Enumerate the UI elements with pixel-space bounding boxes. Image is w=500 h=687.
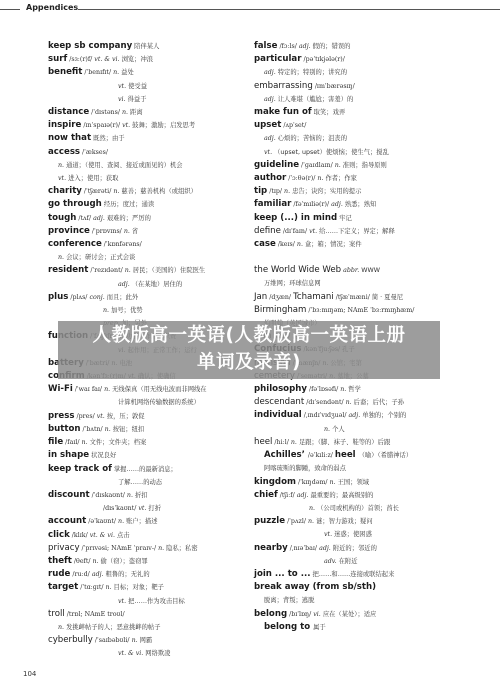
part-of-speech: vt. xyxy=(122,122,132,129)
headword: chief xyxy=(254,490,278,500)
definition: 阿喀琉斯的脚踵，致命的弱点 xyxy=(264,465,346,472)
phonetic: /ˈkɪŋdəm/ xyxy=(296,479,330,486)
definition: 熟悉；熟知 xyxy=(345,201,376,208)
definition: 居民；（美国的）住院医生 xyxy=(133,267,205,274)
vocab-entry: access /ˈækses/ n. 通道；（使用、查阅、接近或面见的）机会vt… xyxy=(48,146,248,186)
definition: 状况良好 xyxy=(89,452,116,459)
entry-headline: Birmingham /ˈbɜːmɪŋəm; NAmE ˈbɜːrmɪŋhæm/ xyxy=(254,304,474,317)
entry-sense: vt. （upset, upset）使烦恼；使生气；搅乱 xyxy=(254,146,474,159)
phonetic: /ˈkɒnfərəns/ xyxy=(102,241,142,248)
entry-sense: adj. 心烦的；苦恼的；沮丧的 xyxy=(254,132,474,145)
definition: 个人 xyxy=(332,426,345,433)
vocab-entry: puzzle /ˈpʌzl/ n. 谜；智力游戏；疑问vt. 迷惑；使困惑 xyxy=(254,515,474,541)
entry-headline: access /ˈækses/ xyxy=(48,146,248,159)
definition: 网络欺凌 xyxy=(145,650,170,657)
definition: 准则；指导原则 xyxy=(343,162,387,169)
part-of-speech: vi. xyxy=(313,611,323,618)
vocab-entry: surf /sɜː(r)f/ vt. & vi. 浏览；冲浪 xyxy=(48,53,248,66)
phonetic: /ˈrezɪdənt/ xyxy=(88,267,124,274)
definition: 进入；使用；获取 xyxy=(68,175,118,182)
entry-headline: familiar /fəˈmɪliə(r)/ adj. 熟悉；熟知 xyxy=(254,198,474,211)
part-of-speech: n. xyxy=(104,386,112,393)
vocab-entry: heel /hiːl/ n. 足跟；（脚、袜子、鞋等的）后跟Achilles’ … xyxy=(254,436,474,476)
definition: 给……下定义；界定；解释 xyxy=(319,228,395,235)
phonetic: /ʌpˈset/ xyxy=(281,122,306,129)
entry-headline: in shape 状况良好 xyxy=(48,449,248,462)
entry-headline: embarrassing /ɪmˈbærəsɪŋ/ xyxy=(254,80,474,93)
entry-headline: keep track of 掌握……的最新消息； xyxy=(48,463,248,476)
definition: 应在（某处）；适应 xyxy=(323,611,377,618)
headword: plus xyxy=(48,292,68,302)
page-number: 104 xyxy=(23,670,36,678)
vocab-entry: embarrassing /ɪmˈbærəsɪŋ/ adj. 让人难堪（尴尬；害… xyxy=(254,80,474,106)
entry-headline: go through 经历；度过；通读 xyxy=(48,198,248,211)
phonetic: /əˈkɪliːz/ xyxy=(308,452,335,459)
definition: 谜；智力游戏；疑问 xyxy=(316,518,373,525)
entry-sense: adj. 特定的；特别的；讲究的 xyxy=(254,66,474,79)
headword: rude xyxy=(48,569,70,579)
part-of-speech: n. xyxy=(113,69,121,76)
phonetic: /ˈsaɪbəbʊli/ xyxy=(93,637,132,644)
entry-headline: privacy /ˈprɪvəsi; NAmE ˈpraɪv-/ n. 隐私；私… xyxy=(48,542,248,555)
headword: the World Wide Web xyxy=(254,265,341,275)
definition: 得益于 xyxy=(128,96,147,103)
vocab-entry: join ... to ... 把……和……连接或联结起来 xyxy=(254,568,474,581)
entry-sense: vi. 得益于 xyxy=(48,93,248,106)
vocab-entry: tough /tʌf/ adj. 艰难的；严厉的 xyxy=(48,212,248,225)
part-of-speech: n. xyxy=(324,426,332,433)
entry-headline: press /pres/ vt. 按，压；敦促 xyxy=(48,410,248,423)
entry-headline: target /ˈtɑːɡɪt/ n. 目标；对象；靶子 xyxy=(48,581,248,594)
part-of-speech: n. xyxy=(309,505,317,512)
entry-headline: upset /ʌpˈset/ xyxy=(254,119,474,132)
definition: 距离 xyxy=(130,109,143,116)
part-of-speech: n. xyxy=(335,162,343,169)
definition: 忠告；诀窍；实用的提示 xyxy=(292,188,361,195)
definition: 加号；优势 xyxy=(111,307,142,314)
phonetic: /ˈbenɪfɪt/ xyxy=(82,69,113,76)
vocab-entry: distance /ˈdɪstəns/ n. 距离 xyxy=(48,106,248,119)
part-of-speech: n. xyxy=(93,558,101,565)
part-of-speech: conj. xyxy=(89,294,106,301)
entry-headline: philosophy /fəˈlɒsəfi/ n. 哲学 xyxy=(254,383,474,396)
headword: distance xyxy=(48,107,89,117)
headword: guideline xyxy=(254,160,299,170)
entry-headline: Jan /dʒæn/ Tchamani /tʃæˈmæni/ 简 · 夏曼尼 xyxy=(254,291,474,304)
phonetic: /θeft/ xyxy=(72,558,93,565)
phonetic: /tɪp/ xyxy=(267,188,284,195)
vocab-entry: chief /tʃiːf/ adj. 最重要的；最高级别的n. （公司或机构的）… xyxy=(254,489,474,515)
vocab-entry: familiar /fəˈmɪliə(r)/ adj. 熟悉；熟知 xyxy=(254,198,474,211)
entry-headline: tip /tɪp/ n. 忠告；诀窍；实用的提示 xyxy=(254,185,474,198)
part-of-speech: n. xyxy=(127,492,135,499)
headword: access xyxy=(48,147,80,157)
entry-headline: particular /pəˈtɪkjələ(r)/ xyxy=(254,53,474,66)
entry-headline: keep sb company 陪伴某人 xyxy=(48,40,248,53)
headword: keep (...) in mind xyxy=(254,213,337,223)
entry-headline: inspire /ɪnˈspaɪə(r)/ vt. 鼓舞；激励；启发思考 xyxy=(48,119,248,132)
part-of-speech: n. xyxy=(291,439,299,446)
part-of-speech: adj. xyxy=(331,201,345,208)
headword: embarrassing xyxy=(254,81,313,91)
entry-sense: n. 通道；（使用、查阅、接近或面见的）机会 xyxy=(48,159,248,172)
part-of-speech: vt. xyxy=(138,505,148,512)
definition: 假的；错误的 xyxy=(313,43,351,50)
headword: target xyxy=(48,582,78,592)
entry-sense: 脱离；背叛；逃脱 xyxy=(254,594,474,607)
phonetic: /bɪˈlɒŋ/ xyxy=(287,611,313,618)
entry-headline: case /keɪs/ n. 盒；箱；情况；案件 xyxy=(254,238,474,251)
overlay-title: 人教版高一英语(人教版高一英语上册 单词及录音) xyxy=(58,322,440,376)
headword: privacy xyxy=(48,543,80,553)
entry-sense: vt. & vi. 网络欺凌 xyxy=(48,647,248,660)
part-of-speech: vt. xyxy=(264,149,274,156)
phonetic: /keɪs/ xyxy=(276,241,297,248)
part-of-speech: n. xyxy=(308,518,316,525)
vocab-entry: in shape 状况良好 xyxy=(48,449,248,462)
entry-sense: vt. 把……作为攻击目标 xyxy=(48,595,248,608)
page-header: Appendices xyxy=(0,0,500,20)
section-title: Appendices xyxy=(26,3,78,12)
entry-sense: n. 会议；研讨会；正式会谈 xyxy=(48,251,248,264)
part-of-speech: adj. xyxy=(264,135,278,142)
phonetic: /ˈtʃærəti/ xyxy=(82,188,113,195)
entry-headline: discount /ˈdɪskaʊnt/ n. 折扣 xyxy=(48,489,248,502)
headword: charity xyxy=(48,186,82,196)
headword: author xyxy=(254,173,286,183)
entry-sense: n. （公司或机构的）首领；酋长 xyxy=(254,502,474,515)
phonetic: /ˈprɒvɪns/ xyxy=(90,228,124,235)
headword: philosophy xyxy=(254,384,307,394)
definition: 点击 xyxy=(117,532,130,539)
vocab-entry: rude /ruːd/ adj. 粗鲁的；无礼的 xyxy=(48,568,248,581)
headword: button xyxy=(48,424,81,434)
part-of-speech: vt. xyxy=(118,83,128,90)
vocab-entry: discount /ˈdɪskaʊnt/ n. 折扣/dɪsˈkaʊnt/ vt… xyxy=(48,489,248,515)
vocab-entry: break away (from sb/sth)脱离；背叛；逃脱 xyxy=(254,581,474,607)
part-of-speech: adj. xyxy=(118,281,132,288)
headword: join ... to ... xyxy=(254,569,311,579)
definition: （upset, upset）使烦恼；使生气；搅乱 xyxy=(274,149,389,156)
definition: 哲学 xyxy=(348,386,361,393)
part-of-speech: n. xyxy=(122,109,130,116)
phonetic: /trɒl; NAmE troʊl/ xyxy=(65,611,125,618)
headword: Wi-Fi xyxy=(48,384,73,394)
vocab-entry: false /fɔːls/ adj. 假的；错误的 xyxy=(254,40,474,53)
entry-sense: 阿喀琉斯的脚踵，致命的弱点 xyxy=(254,462,474,475)
part-of-speech: n. xyxy=(132,637,140,644)
definition: 经历；度过；通读 xyxy=(102,201,154,208)
headword: make fun of xyxy=(254,107,312,117)
vocab-entry: particular /pəˈtɪkjələ(r)/ adj. 特定的；特别的；… xyxy=(254,53,474,79)
vocab-entry: keep (...) in mind 牢记 xyxy=(254,212,474,225)
part-of-speech: vi. xyxy=(118,96,128,103)
headword: press xyxy=(48,411,74,421)
definition: （公司或机构的）首领；酋长 xyxy=(317,505,399,512)
definition: 了解……的动态 xyxy=(118,479,162,486)
headword: file xyxy=(48,437,63,447)
headword: inspire xyxy=(48,120,81,130)
definition: 足跟；（脚、袜子、鞋等的）后跟 xyxy=(299,439,390,446)
vocab-entry: guideline /ˈɡaɪdlaɪn/ n. 准则；指导原则 xyxy=(254,159,474,172)
entry-sense: vt. 进入；使用；获取 xyxy=(48,172,248,185)
entry-sense: n. 个人 xyxy=(254,423,474,436)
phonetic: /ˈpʌzl/ xyxy=(285,518,308,525)
definition: 让人难堪（尴尬；害羞）的 xyxy=(278,96,354,103)
vocab-entry: cyberbully /ˈsaɪbəbʊli/ n. 网霸vt. & vi. 网… xyxy=(48,634,248,660)
entry-sense: adj. 让人难堪（尴尬；害羞）的 xyxy=(254,93,474,106)
vocab-entry: define /dɪˈfaɪn/ vt. 给……下定义；界定；解释 xyxy=(254,225,474,238)
vocab-entry: conference /ˈkɒnfərəns/ n. 会议；研讨会；正式会谈 xyxy=(48,238,248,264)
vocab-entry: the World Wide Web abbr. WWW万维网；环球信息网 xyxy=(254,264,474,290)
vocab-entry: upset /ʌpˈset/ adj. 心烦的；苦恼的；沮丧的vt. （upse… xyxy=(254,119,474,159)
part-of-speech: n. xyxy=(330,479,338,486)
phonetic: /ˈbʌtn/ xyxy=(81,426,105,433)
definition: 浏览；冲浪 xyxy=(122,56,153,63)
phonetic: /dɪˈsendənt/ xyxy=(304,399,345,406)
spacer xyxy=(254,251,474,264)
phonetic: /ˈprɪvəsi; NAmE ˈpraɪv-/ xyxy=(80,545,159,552)
entry-headline: Wi-Fi /ˈwaɪ faɪ/ n. 无线保真（用无线电波而非网线在 xyxy=(48,383,248,396)
phonetic: /ˈdɪskaʊnt/ xyxy=(90,492,127,499)
headword: familiar xyxy=(254,199,291,209)
phonetic: /dʒæn/ xyxy=(267,294,293,301)
phonetic: /ˌnɪəˈbaɪ/ xyxy=(288,545,319,552)
headword: heel xyxy=(254,437,272,447)
entry-headline: charity /ˈtʃærəti/ n. 慈善；慈善机构（或组织） xyxy=(48,185,248,198)
phonetic: /ˈwaɪ faɪ/ xyxy=(73,386,104,393)
definition: 隐私；私密 xyxy=(166,545,197,552)
headword: puzzle xyxy=(254,516,285,526)
vocab-entry: theft /θeft/ n. 偷（窃）；盗窃罪 xyxy=(48,555,248,568)
phonetic: /ˈɔːθə(r)/ xyxy=(286,175,317,182)
phonetic: /hiːl/ xyxy=(272,439,290,446)
headword: benefit xyxy=(48,67,82,77)
entry-headline: benefit /ˈbenɪfɪt/ n. 益处 xyxy=(48,66,248,79)
definition: 单独的；个别的 xyxy=(362,412,406,419)
part-of-speech: abbr. xyxy=(341,267,361,274)
part-of-speech: n. xyxy=(297,241,305,248)
vocab-entry: inspire /ɪnˈspaɪə(r)/ vt. 鼓舞；激励；启发思考 xyxy=(48,119,248,132)
definition: 打折 xyxy=(148,505,161,512)
headword: troll xyxy=(48,609,65,619)
definition: 最重要的；最高级别的 xyxy=(310,492,373,499)
vocab-entry: make fun of 取笑；戏弄 xyxy=(254,106,474,119)
vocab-entry: province /ˈprɒvɪns/ n. 省 xyxy=(48,225,248,238)
vocab-entry: author /ˈɔːθə(r)/ n. 作者；作家 xyxy=(254,172,474,185)
phonetic: /sɜː(r)f/ xyxy=(67,56,94,63)
entry-headline: tough /tʌf/ adj. 艰难的；严厉的 xyxy=(48,212,248,225)
definition: 艰难的；严厉的 xyxy=(107,215,151,222)
definition: 慈善；慈善机构（或组织） xyxy=(121,188,197,195)
entry-headline: puzzle /ˈpʌzl/ n. 谜；智力游戏；疑问 xyxy=(254,515,474,528)
phonetic: /pəˈtɪkjələ(r)/ xyxy=(301,56,344,63)
entry-sense: vt. 迷惑；使困惑 xyxy=(254,528,474,541)
definition: 粗鲁的；无礼的 xyxy=(106,571,150,578)
phrase: heel xyxy=(335,450,359,460)
phonetic: /faɪl/ xyxy=(63,439,81,446)
phrase: belong to xyxy=(264,622,313,632)
entry-sense: adv. 在附近 xyxy=(254,555,474,568)
headword: tip xyxy=(254,186,267,196)
headword: define xyxy=(254,226,281,236)
definition: （喻）（希腊神话） xyxy=(359,452,413,459)
headword: descendant xyxy=(254,397,304,407)
definition: 王国；领域 xyxy=(338,479,369,486)
definition: 会议；研讨会；正式会谈 xyxy=(66,254,135,261)
entry-headline: troll /trɒl; NAmE troʊl/ xyxy=(48,608,248,621)
part-of-speech: vt. xyxy=(58,175,68,182)
entry-sense: 计算机网络传输数据的系统） xyxy=(48,396,248,409)
headword: in shape xyxy=(48,450,89,460)
phonetic: /fəˈlɒsəfi/ xyxy=(307,386,340,393)
entry-headline: cyberbully /ˈsaɪbəbʊli/ n. 网霸 xyxy=(48,634,248,647)
vocab-entry: descendant /dɪˈsendənt/ n. 后裔；后代；子孙 xyxy=(254,396,474,409)
entry-sense: n. 加号；优势 xyxy=(48,304,248,317)
entry-headline: define /dɪˈfaɪn/ vt. 给……下定义；界定；解释 xyxy=(254,225,474,238)
definition: 网霸 xyxy=(140,637,153,644)
entry-headline: author /ˈɔːθə(r)/ n. 作者；作家 xyxy=(254,172,474,185)
headword: keep track of xyxy=(48,464,112,474)
entry-headline: now that 既然；由于 xyxy=(48,132,248,145)
definition: 既然；由于 xyxy=(91,135,125,142)
definition: 折扣 xyxy=(135,492,148,499)
entry-headline: button /ˈbʌtn/ n. 按钮；纽扣 xyxy=(48,423,248,436)
header-rule-right xyxy=(78,9,500,10)
part-of-speech: n. xyxy=(105,426,113,433)
definition: 附近的；邻近的 xyxy=(333,545,377,552)
definition: 文件；文件夹；档案 xyxy=(90,439,147,446)
headword: Jan xyxy=(254,292,267,302)
part-of-speech: vt. & vi. xyxy=(118,650,145,657)
headword: kingdom xyxy=(254,477,296,487)
entry-headline: conference /ˈkɒnfərəns/ xyxy=(48,238,248,251)
part-of-speech: adv. xyxy=(324,558,339,565)
definition: WWW xyxy=(361,267,380,274)
vocab-entry: tip /tɪp/ n. 忠告；诀窍；实用的提示 xyxy=(254,185,474,198)
vocab-entry: press /pres/ vt. 按，压；敦促 xyxy=(48,410,248,423)
part-of-speech: n. xyxy=(284,188,292,195)
phonetic: /ˈɡaɪdlaɪn/ xyxy=(299,162,335,169)
entry-headline: rude /ruːd/ adj. 粗鲁的；无礼的 xyxy=(48,568,248,581)
headword: break away (from sb/sth) xyxy=(254,582,376,592)
headword: go through xyxy=(48,199,102,209)
part-of-speech: n. xyxy=(346,399,354,406)
headword: cyberbully xyxy=(48,635,93,645)
definition: 使受益 xyxy=(128,83,147,90)
entry-headline: file /faɪl/ n. 文件；文件夹；档案 xyxy=(48,436,248,449)
definition: 迷惑；使困惑 xyxy=(334,531,372,538)
vocab-entry: keep track of 掌握……的最新消息；了解……的动态 xyxy=(48,463,248,489)
phonetic: /dɪsˈkaʊnt/ xyxy=(103,505,138,512)
definition: 脱离；背叛；逃脱 xyxy=(264,597,314,604)
part-of-speech: n. xyxy=(158,545,166,552)
definition: 偷（窃）；盗窃罪 xyxy=(101,558,148,565)
headword: Birmingham xyxy=(254,305,306,315)
definition: 心烦的；苦恼的；沮丧的 xyxy=(278,135,347,142)
definition: 按钮；纽扣 xyxy=(113,426,144,433)
vocab-entry: case /keɪs/ n. 盒；箱；情况；案件 xyxy=(254,238,474,251)
vocab-entry: button /ˈbʌtn/ n. 按钮；纽扣 xyxy=(48,423,248,436)
entry-headline: break away (from sb/sth) xyxy=(254,581,474,594)
vocab-entry: kingdom /ˈkɪŋdəm/ n. 王国；领域 xyxy=(254,476,474,489)
headword: province xyxy=(48,226,90,236)
entry-headline: account /əˈkaʊnt/ n. 账户；描述 xyxy=(48,515,248,528)
entry-headline: kingdom /ˈkɪŋdəm/ n. 王国；领域 xyxy=(254,476,474,489)
headword: account xyxy=(48,516,86,526)
vocab-entry: keep sb company 陪伴某人 xyxy=(48,40,248,53)
entry-sense: n. 发挑衅帖子的人；恶意挑衅的帖子 xyxy=(48,621,248,634)
vocab-entry: individual /ˌɪndɪˈvɪdʒuəl/ adj. 单独的；个别的n… xyxy=(254,409,474,435)
definition: 取笑；戏弄 xyxy=(312,109,346,116)
entry-headline: belong /bɪˈlɒŋ/ vi. 应在（某处）；适应 xyxy=(254,608,474,621)
entry-headline: keep (...) in mind 牢记 xyxy=(254,212,474,225)
vocab-entry: resident /ˈrezɪdənt/ n. 居民；（美国的）住院医生adj.… xyxy=(48,264,248,290)
headword: click xyxy=(48,530,70,540)
entry-headline: province /ˈprɒvɪns/ n. 省 xyxy=(48,225,248,238)
part-of-speech: n. xyxy=(118,518,126,525)
definition: 盒；箱；情况；案件 xyxy=(305,241,362,248)
part-of-speech: vt. xyxy=(118,598,128,605)
entry-headline: distance /ˈdɪstəns/ n. 距离 xyxy=(48,106,248,119)
header-rule-left xyxy=(0,9,20,10)
part-of-speech: adj. xyxy=(319,545,333,552)
entry-sense: belong to 属于 xyxy=(254,621,474,634)
vocab-entry: now that 既然；由于 xyxy=(48,132,248,145)
part-of-speech: adj. xyxy=(264,96,278,103)
vocab-entry: philosophy /fəˈlɒsəfi/ n. 哲学 xyxy=(254,383,474,396)
part-of-speech: n. xyxy=(105,584,113,591)
entry-headline: resident /ˈrezɪdənt/ n. 居民；（美国的）住院医生 xyxy=(48,264,248,277)
part-of-speech: n. xyxy=(58,254,66,261)
definition: 无线保真（用无线电波而非网线在 xyxy=(112,386,206,393)
definition: 掌握……的最新消息； xyxy=(112,466,177,473)
part-of-speech: vt. & vi. xyxy=(94,56,121,63)
headword: discount xyxy=(48,490,90,500)
entry-sense: adj. （在某地）居住的 xyxy=(48,278,248,291)
entry-headline: surf /sɜː(r)f/ vt. & vi. 浏览；冲浪 xyxy=(48,53,248,66)
definition: 在附近 xyxy=(339,558,358,565)
title-overlay-banner: 人教版高一英语(人教版高一英语上册 单词及录音) xyxy=(58,321,440,379)
entry-headline: the World Wide Web abbr. WWW xyxy=(254,264,474,277)
headword: upset xyxy=(254,120,281,130)
entry-headline: click /klɪk/ vt. & vi. 点击 xyxy=(48,529,248,542)
entry-headline: individual /ˌɪndɪˈvɪdʒuəl/ adj. 单独的；个别的 xyxy=(254,409,474,422)
phonetic: /plʌs/ xyxy=(68,294,89,301)
entry-headline: make fun of 取笑；戏弄 xyxy=(254,106,474,119)
definition: 通道；（使用、查阅、接近或面见的）机会 xyxy=(66,162,183,169)
entry-sense: Achilles’ /əˈkɪliːz/ heel （喻）（希腊神话） xyxy=(254,449,474,462)
definition: 发挑衅帖子的人；恶意挑衅的帖子 xyxy=(66,624,160,631)
headword: keep sb company xyxy=(48,41,132,51)
definition: 万维网；环球信息网 xyxy=(264,280,321,287)
part-of-speech: adj. xyxy=(297,492,311,499)
definition: 省 xyxy=(132,228,138,235)
entry-sense: /dɪsˈkaʊnt/ vt. 打折 xyxy=(48,502,248,515)
phonetic: /ˈtɑːɡɪt/ xyxy=(78,584,105,591)
part-of-speech: n. xyxy=(103,307,111,314)
entry-headline: chief /tʃiːf/ adj. 最重要的；最高级别的 xyxy=(254,489,474,502)
vocab-entry: click /klɪk/ vt. & vi. 点击 xyxy=(48,529,248,542)
headword: individual xyxy=(254,410,302,420)
vocab-entry: Wi-Fi /ˈwaɪ faɪ/ n. 无线保真（用无线电波而非网线在计算机网络… xyxy=(48,383,248,409)
overlay-title-line2: 单词及录音) xyxy=(58,349,440,376)
overlay-title-line1: 人教版高一英语(人教版高一英语上册 xyxy=(58,322,440,349)
phonetic: /ˈækses/ xyxy=(80,149,108,156)
vocab-entry: go through 经历；度过；通读 xyxy=(48,198,248,211)
headword: false xyxy=(254,41,277,51)
definition: 鼓舞；激励；启发思考 xyxy=(132,122,195,129)
